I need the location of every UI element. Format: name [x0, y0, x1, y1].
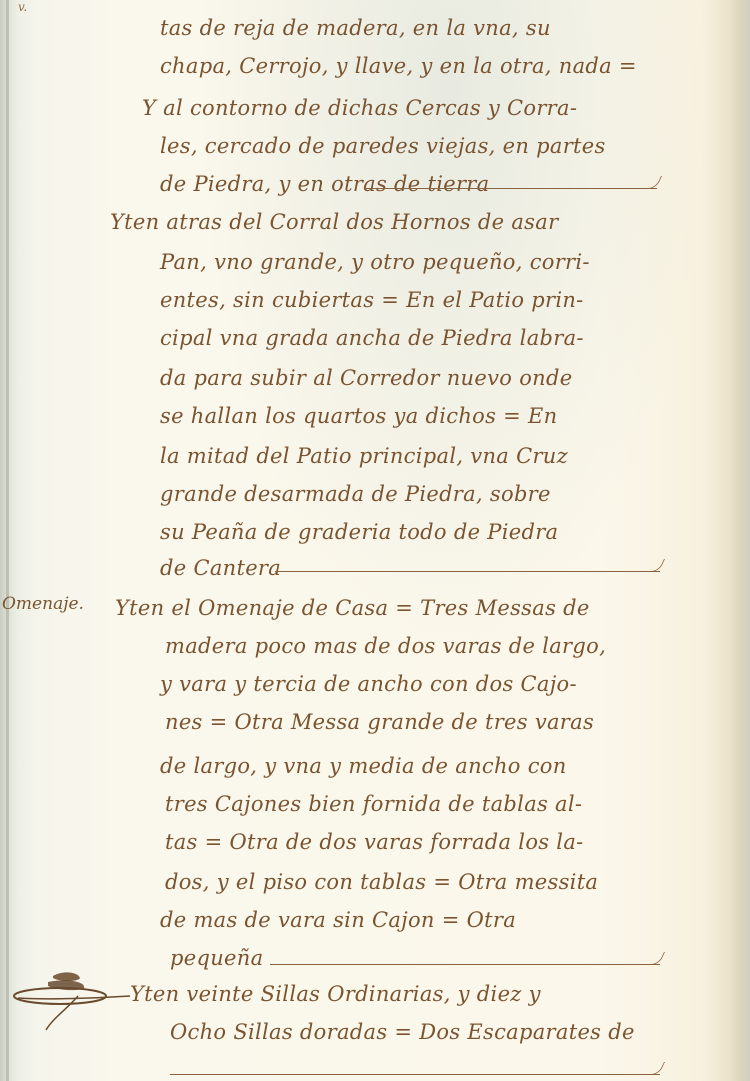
- text-line: se hallan los quartos ya dichos = En: [160, 404, 557, 428]
- text-line: Yten el Omenaje de Casa = Tres Messas de: [115, 596, 590, 620]
- text-line: dos, y el piso con tablas = Otra messita: [165, 870, 598, 894]
- margin-note-omenaje: Omenaje.: [2, 594, 84, 614]
- text-line: Pan, vno grande, y otro pequeño, corri-: [160, 250, 590, 274]
- text-line: Yten atras del Corral dos Hornos de asar: [110, 210, 558, 234]
- line-filler-rule: [170, 1074, 660, 1075]
- text-line: les, cercado de paredes viejas, en parte…: [160, 134, 606, 158]
- text-line: de mas de vara sin Cajon = Otra: [160, 908, 516, 932]
- text-line: la mitad del Patio principal, vna Cruz: [160, 444, 568, 468]
- line-filler-rule: [365, 188, 657, 189]
- text-line: cipal vna grada ancha de Piedra labra-: [160, 326, 584, 350]
- paragraph-flourish-icon: [8, 968, 133, 1038]
- text-line: grande desarmada de Piedra, sobre: [160, 482, 551, 506]
- text-line: tas = Otra de dos varas forrada los la-: [165, 830, 584, 854]
- text-line: pequeña: [170, 946, 263, 970]
- manuscript-page: v. Omenaje. tas de reja de madera, en la…: [0, 0, 750, 1081]
- line-filler-rule: [270, 964, 660, 965]
- text-line: da para subir al Corredor nuevo onde: [160, 366, 572, 390]
- line-filler-rule: [275, 571, 660, 572]
- text-line: de Cantera: [160, 556, 281, 580]
- text-line: Y al contorno de dichas Cercas y Corra-: [142, 96, 577, 120]
- text-line: de largo, y vna y media de ancho con: [160, 754, 567, 778]
- text-line: de Piedra, y en otras de tierra: [160, 172, 489, 196]
- text-line: tas de reja de madera, en la vna, su: [160, 16, 551, 40]
- text-line: madera poco mas de dos varas de largo,: [165, 634, 606, 658]
- text-line: su Peaña de graderia todo de Piedra: [160, 520, 558, 544]
- text-line: nes = Otra Messa grande de tres varas: [165, 710, 594, 734]
- text-line: chapa, Cerrojo, y llave, y en la otra, n…: [160, 54, 637, 78]
- text-line: Ocho Sillas doradas = Dos Escaparates de: [170, 1020, 635, 1044]
- text-line: entes, sin cubiertas = En el Patio prin-: [160, 288, 584, 312]
- binding-gutter: [6, 0, 9, 1081]
- text-line: tres Cajones bien fornida de tablas al-: [165, 792, 582, 816]
- text-line: Yten veinte Sillas Ordinarias, y diez y: [130, 982, 541, 1006]
- folio-mark: v.: [18, 0, 27, 14]
- text-line: y vara y tercia de ancho con dos Cajo-: [160, 672, 577, 696]
